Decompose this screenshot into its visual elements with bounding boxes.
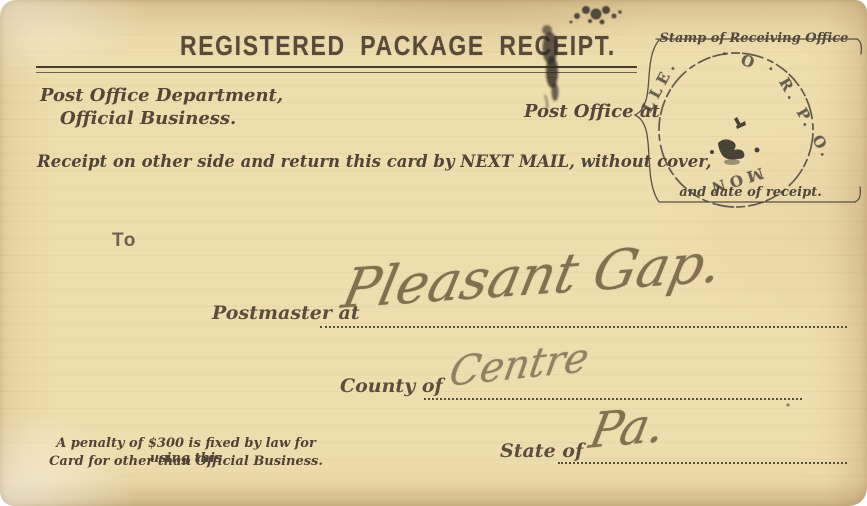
registered-package-receipt-card: REGISTERED PACKAGE RECEIPT. Post Office …: [0, 0, 867, 506]
small-speck: [786, 403, 789, 406]
state-handwriting: Pa.: [585, 396, 670, 460]
ink-splatter: [570, 6, 622, 25]
stamp-box-left-brace: [635, 40, 659, 202]
ink-blot-drip: [542, 25, 559, 109]
postmark-center-marks: [710, 117, 760, 165]
